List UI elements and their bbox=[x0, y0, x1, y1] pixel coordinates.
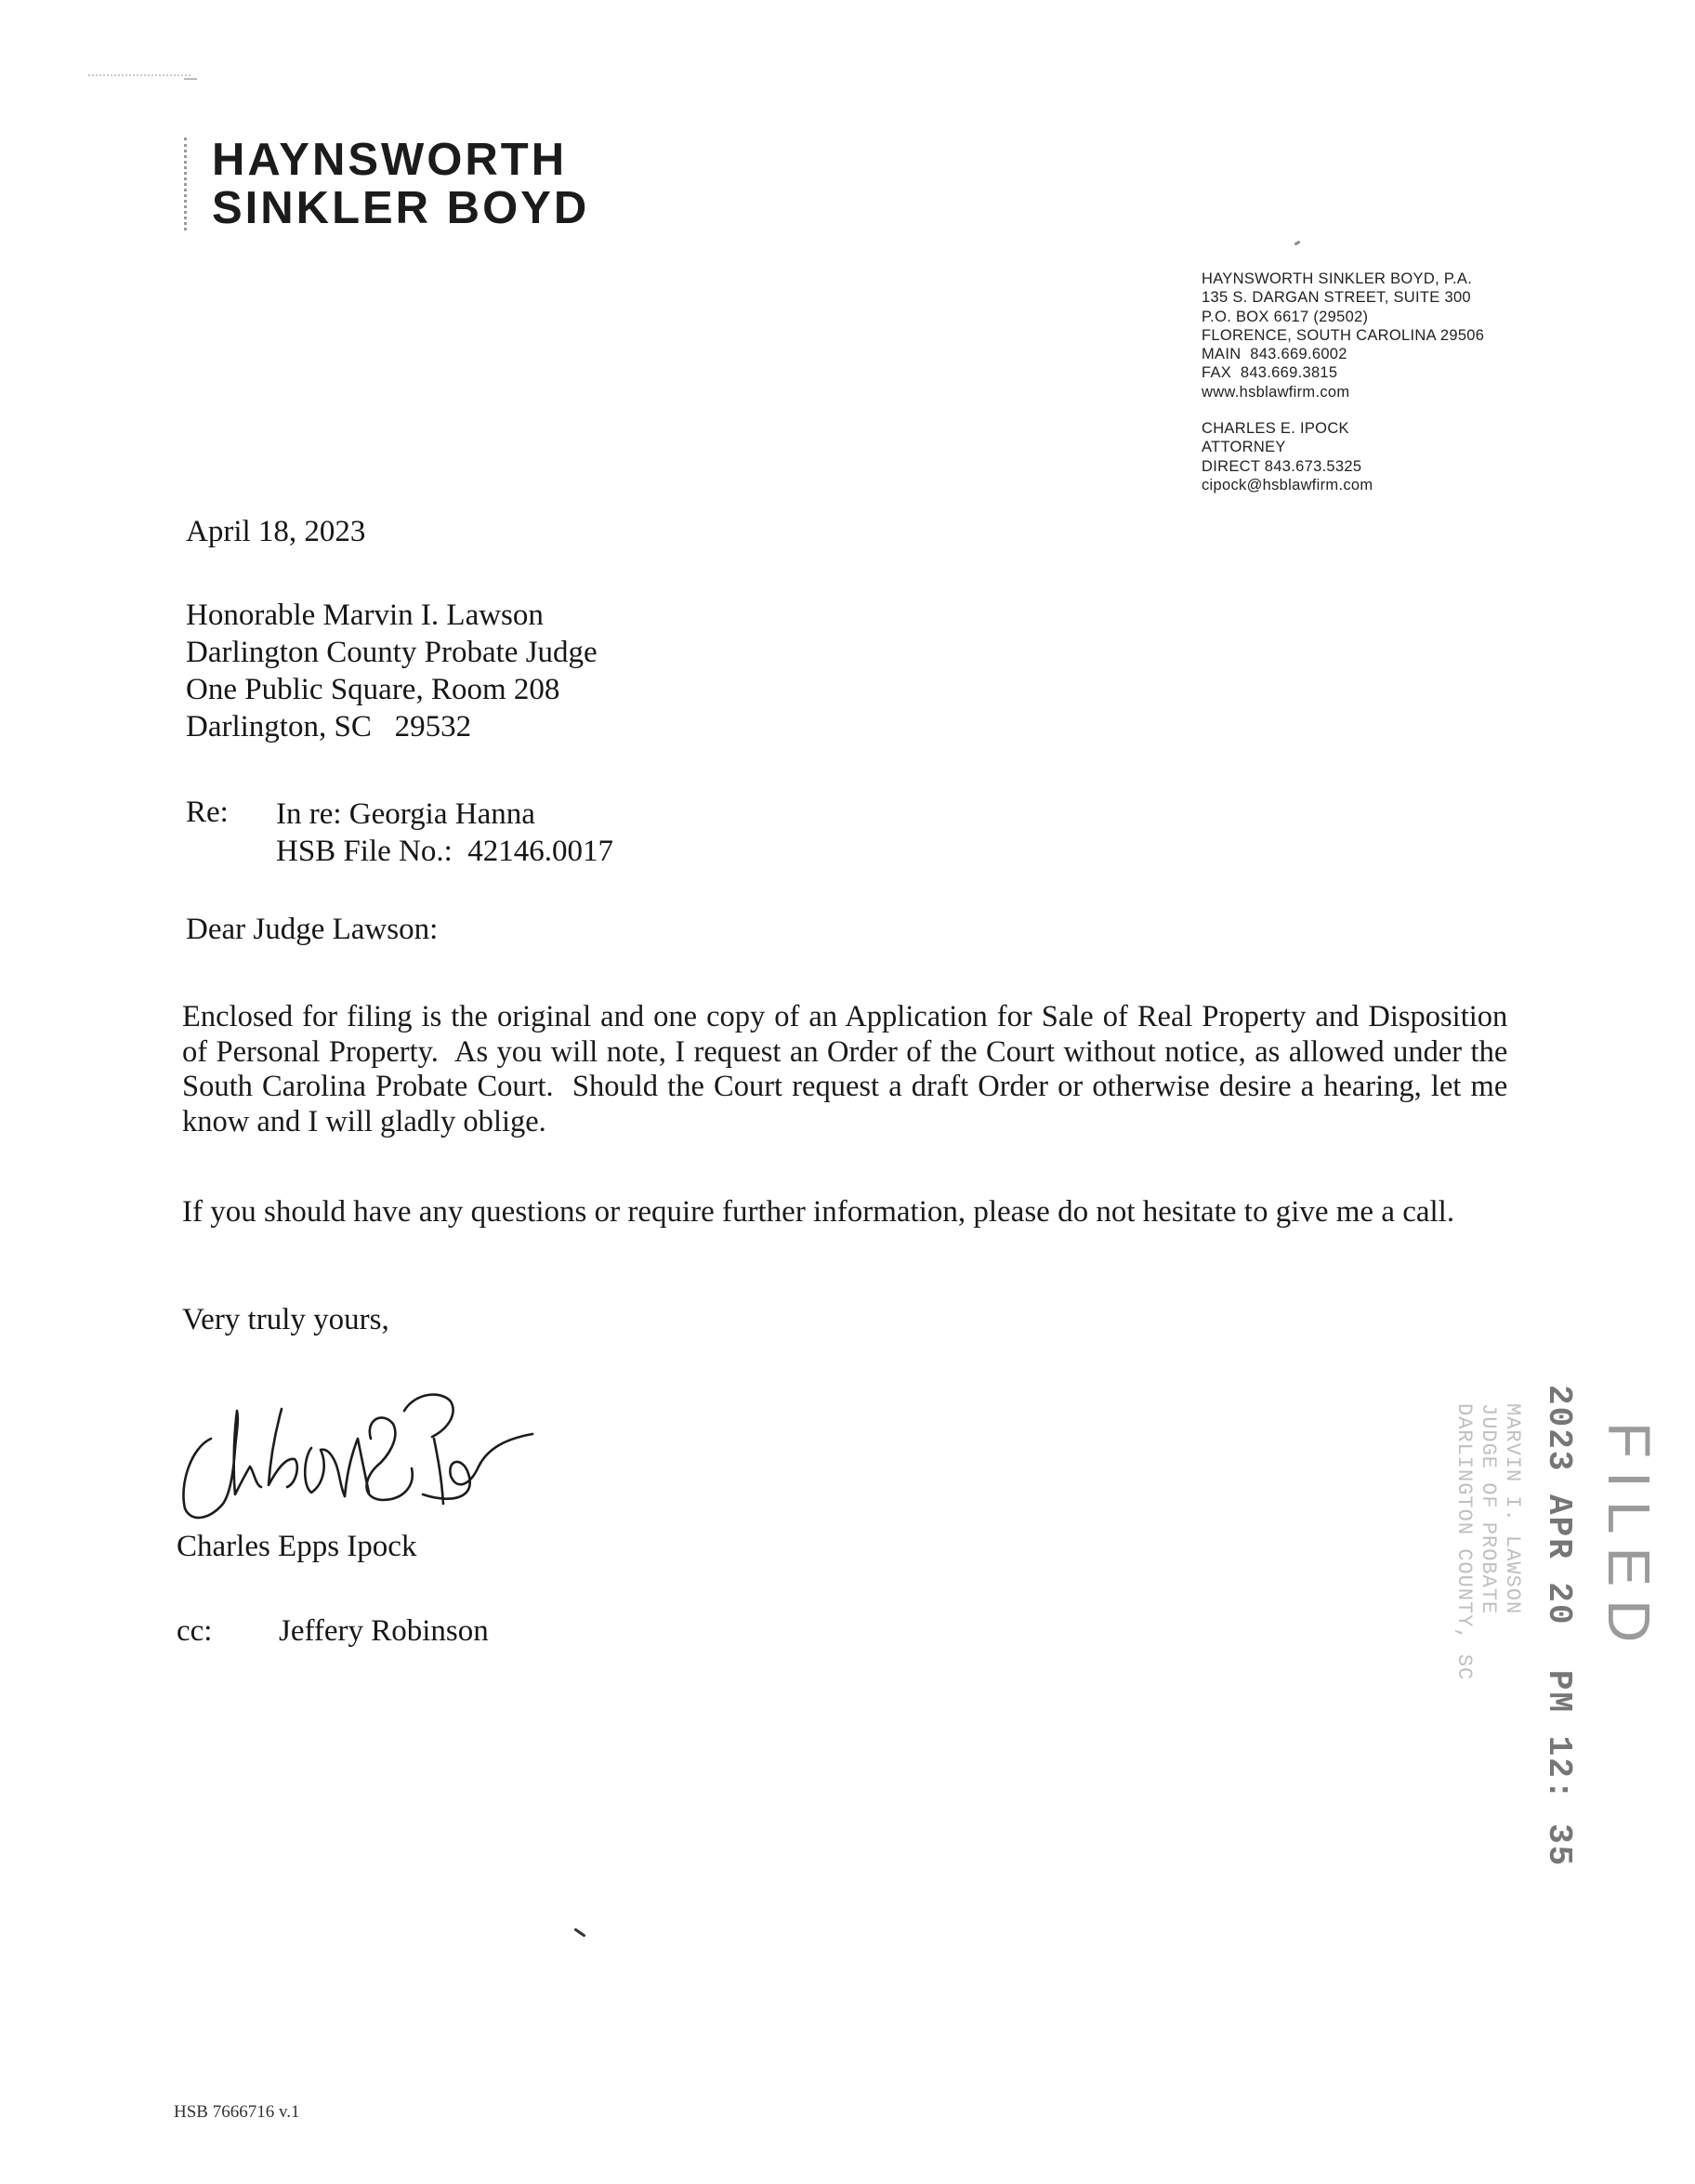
stamp-line: DARLINGTON COUNTY, SC bbox=[1452, 1403, 1476, 1680]
attorney-name: CHARLES E. IPOCK bbox=[1202, 419, 1484, 438]
logo-divider bbox=[184, 138, 190, 230]
re-subject: In re: Georgia Hanna HSB File No.: 42146… bbox=[276, 796, 613, 870]
attorney-title: ATTORNEY bbox=[1202, 438, 1484, 456]
stamp-title: FILED bbox=[1595, 1422, 1663, 1655]
attorney-direct-phone: DIRECT 843.673.5325 bbox=[1202, 457, 1484, 476]
document-reference: HSB 7666716 v.1 bbox=[174, 2102, 299, 2123]
scan-artifact bbox=[184, 78, 197, 80]
recipient-address: Honorable Marvin I. Lawson Darlington Co… bbox=[186, 597, 598, 745]
recipient-line: Honorable Marvin I. Lawson bbox=[186, 597, 598, 634]
recipient-line: One Public Square, Room 208 bbox=[186, 671, 598, 708]
stamp-judge-block: MARVIN I. LAWSON JUDGE OF PROBATE DARLIN… bbox=[1452, 1403, 1524, 1680]
body-paragraph: Enclosed for filing is the original and … bbox=[182, 1000, 1507, 1139]
body-paragraph: If you should have any questions or requ… bbox=[182, 1195, 1528, 1230]
signer-name: Charles Epps Ipock bbox=[177, 1530, 416, 1564]
scan-artifact bbox=[1294, 241, 1301, 246]
firm-city: FLORENCE, SOUTH CAROLINA 29506 bbox=[1202, 326, 1484, 345]
closing: Very truly yours, bbox=[182, 1303, 389, 1337]
stamp-line: JUDGE OF PROBATE bbox=[1476, 1403, 1500, 1680]
salutation: Dear Judge Lawson: bbox=[186, 913, 438, 947]
firm-street: 135 S. DARGAN STREET, SUITE 300 bbox=[1202, 288, 1484, 307]
filed-stamp: FILED 2023 APR 20 PM 12: 35 MARVIN I. LA… bbox=[1264, 1450, 1695, 1784]
firm-fax: FAX 843.669.3815 bbox=[1202, 363, 1484, 382]
logo-line: HAYNSWORTH bbox=[212, 136, 589, 184]
cc-label: cc: bbox=[177, 1614, 212, 1649]
recipient-line: Darlington, SC 29532 bbox=[186, 708, 598, 745]
recipient-line: Darlington County Probate Judge bbox=[186, 634, 598, 671]
filed-stamp-content: FILED 2023 APR 20 PM 12: 35 MARVIN I. LA… bbox=[1329, 1385, 1663, 1738]
signature-image bbox=[172, 1383, 562, 1532]
firm-main-phone: MAIN 843.669.6002 bbox=[1202, 345, 1484, 363]
re-line: In re: Georgia Hanna bbox=[276, 796, 613, 833]
firm-website: www.hsblawfirm.com bbox=[1202, 383, 1484, 401]
firm-address-block: HAYNSWORTH SINKLER BOYD, P.A. 135 S. DAR… bbox=[1202, 270, 1484, 494]
attorney-email: cipock@hsblawfirm.com bbox=[1202, 476, 1484, 494]
scan-artifact bbox=[573, 1927, 585, 1937]
stamp-datetime: 2023 APR 20 PM 12: 35 bbox=[1540, 1385, 1578, 1867]
scan-artifact bbox=[88, 74, 191, 79]
re-line: HSB File No.: 42146.0017 bbox=[276, 833, 613, 870]
re-label: Re: bbox=[186, 796, 229, 830]
firm-po-box: P.O. BOX 6617 (29502) bbox=[1202, 308, 1484, 326]
firm-logo: HAYNSWORTH SINKLER BOYD bbox=[212, 136, 589, 232]
firm-name: HAYNSWORTH SINKLER BOYD, P.A. bbox=[1202, 270, 1484, 288]
logo-line: SINKLER BOYD bbox=[212, 184, 589, 232]
letter-date: April 18, 2023 bbox=[186, 515, 365, 549]
cc-recipient: Jeffery Robinson bbox=[279, 1614, 489, 1649]
stamp-line: MARVIN I. LAWSON bbox=[1500, 1403, 1524, 1680]
